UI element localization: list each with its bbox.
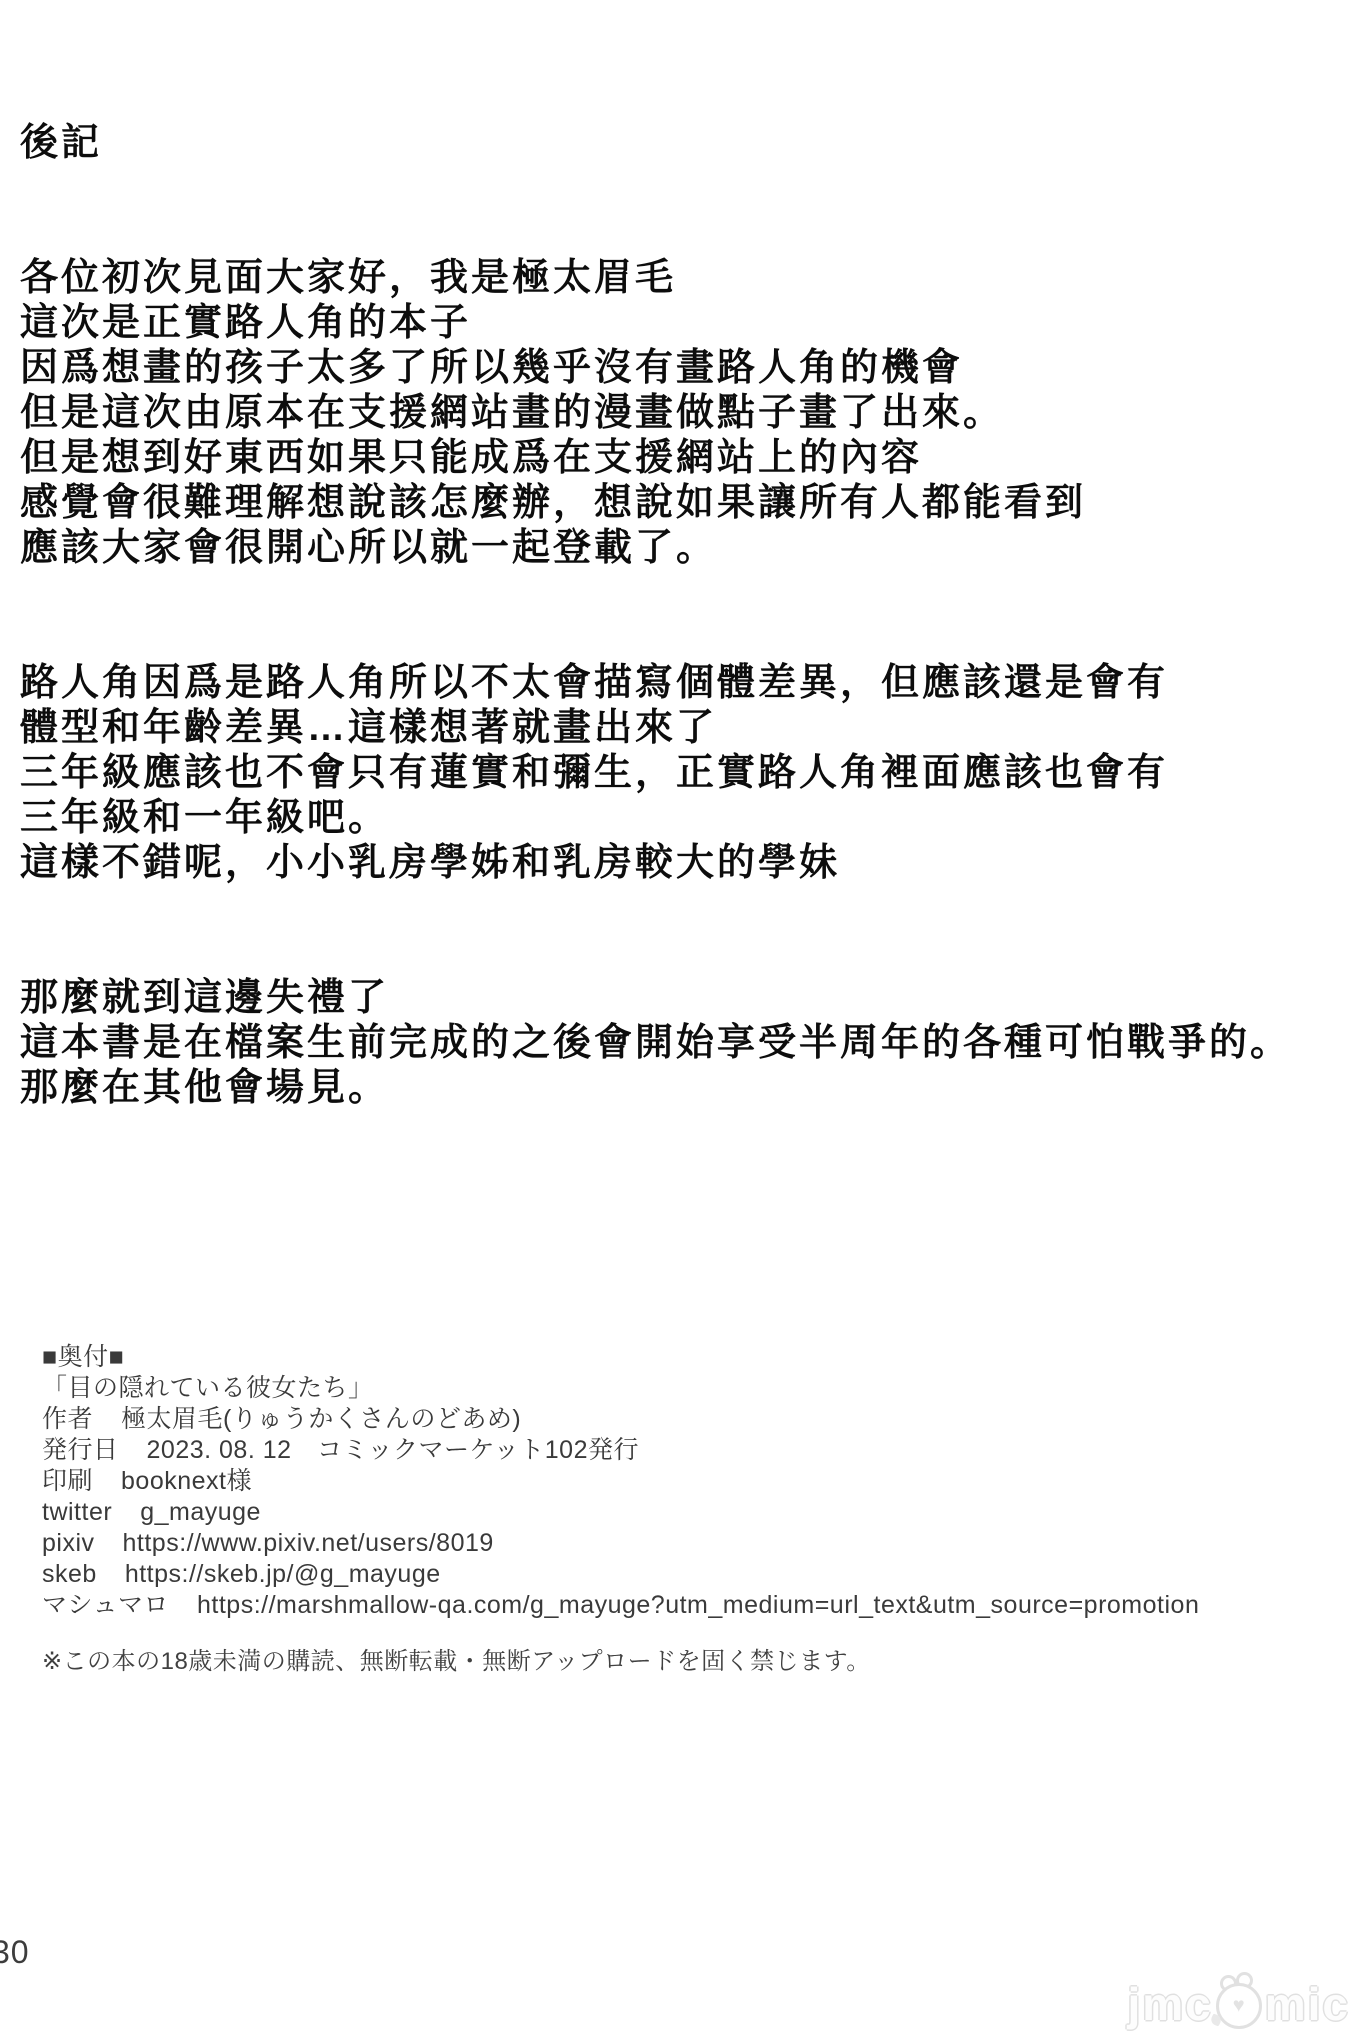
colophon-label: 発行日 bbox=[42, 1435, 119, 1466]
colophon-url: https://marshmallow-qa.com/g_mayuge?utm_… bbox=[197, 1591, 1199, 1619]
colophon-value: g_mayuge bbox=[140, 1498, 261, 1526]
colophon-row-twitter: twitterg_mayuge bbox=[42, 1497, 1332, 1528]
colophon-label: twitter bbox=[42, 1497, 112, 1528]
colophon-row-publish-date: 発行日2023. 08. 12 コミックマーケット102発行 bbox=[42, 1435, 1332, 1466]
colophon-label: pixiv bbox=[42, 1528, 95, 1559]
page-number: 30 bbox=[0, 1934, 30, 1971]
colophon-label: skeb bbox=[42, 1559, 97, 1590]
colophon-label: 作者 bbox=[42, 1404, 93, 1435]
colophon-row-marshmallow: マシュマロhttps://marshmallow-qa.com/g_mayuge… bbox=[42, 1590, 1332, 1621]
colophon-url: https://www.pixiv.net/users/8019 bbox=[123, 1529, 494, 1557]
colophon-row-pixiv: pixivhttps://www.pixiv.net/users/8019 bbox=[42, 1528, 1332, 1559]
colophon-value: booknext様 bbox=[121, 1467, 252, 1495]
afterword-paragraph: 路人角因爲是路人角所以不太會描寫個體差異，但應該還是會有 體型和年齡差異…這樣想… bbox=[20, 661, 1340, 886]
bird-mascot-icon: ♥ bbox=[1214, 1979, 1264, 2029]
colophon-row-skeb: skebhttps://skeb.jp/@g_mayuge bbox=[42, 1559, 1332, 1590]
colophon-heading: ■奥付■ bbox=[42, 1342, 1332, 1373]
colophon-book-title: 「目の隠れている彼女たち」 bbox=[42, 1373, 1332, 1404]
watermark-text-left: jmc bbox=[1127, 1977, 1212, 2031]
colophon-label: 印刷 bbox=[42, 1466, 93, 1497]
jmcomic-watermark: jmc ♥ mic bbox=[1127, 1977, 1350, 2031]
colophon-value: 極太眉毛(りゅうかくさんのどあめ) bbox=[121, 1405, 521, 1433]
heart-icon: ♥ bbox=[1233, 1995, 1245, 2018]
afterword-title: 後記 bbox=[20, 121, 1340, 166]
afterword-text: 後記 各位初次見面大家好，我是極太眉毛 這次是正實路人角的本子 因爲想畫的孩子太… bbox=[20, 76, 1340, 1201]
watermark-text-right: mic bbox=[1265, 1977, 1350, 2031]
colophon-row-printer: 印刷booknext様 bbox=[42, 1466, 1332, 1497]
colophon-url: https://skeb.jp/@g_mayuge bbox=[125, 1560, 441, 1588]
colophon-label: マシュマロ bbox=[42, 1590, 169, 1621]
colophon-row-author: 作者極太眉毛(りゅうかくさんのどあめ) bbox=[42, 1404, 1332, 1435]
afterword-paragraph: 各位初次見面大家好，我是極太眉毛 這次是正實路人角的本子 因爲想畫的孩子太多了所… bbox=[20, 256, 1340, 571]
colophon: ■奥付■ 「目の隠れている彼女たち」 作者極太眉毛(りゅうかくさんのどあめ) 発… bbox=[42, 1342, 1332, 1677]
colophon-disclaimer: ※この本の18歳未満の購読、無断転載・無断アップロードを固く禁じます。 bbox=[42, 1646, 1332, 1677]
afterword-paragraph: 那麼就到這邊失禮了 這本書是在檔案生前完成的之後會開始享受半周年的各種可怕戰爭的… bbox=[20, 976, 1340, 1111]
colophon-value: 2023. 08. 12 コミックマーケット102発行 bbox=[147, 1436, 639, 1464]
